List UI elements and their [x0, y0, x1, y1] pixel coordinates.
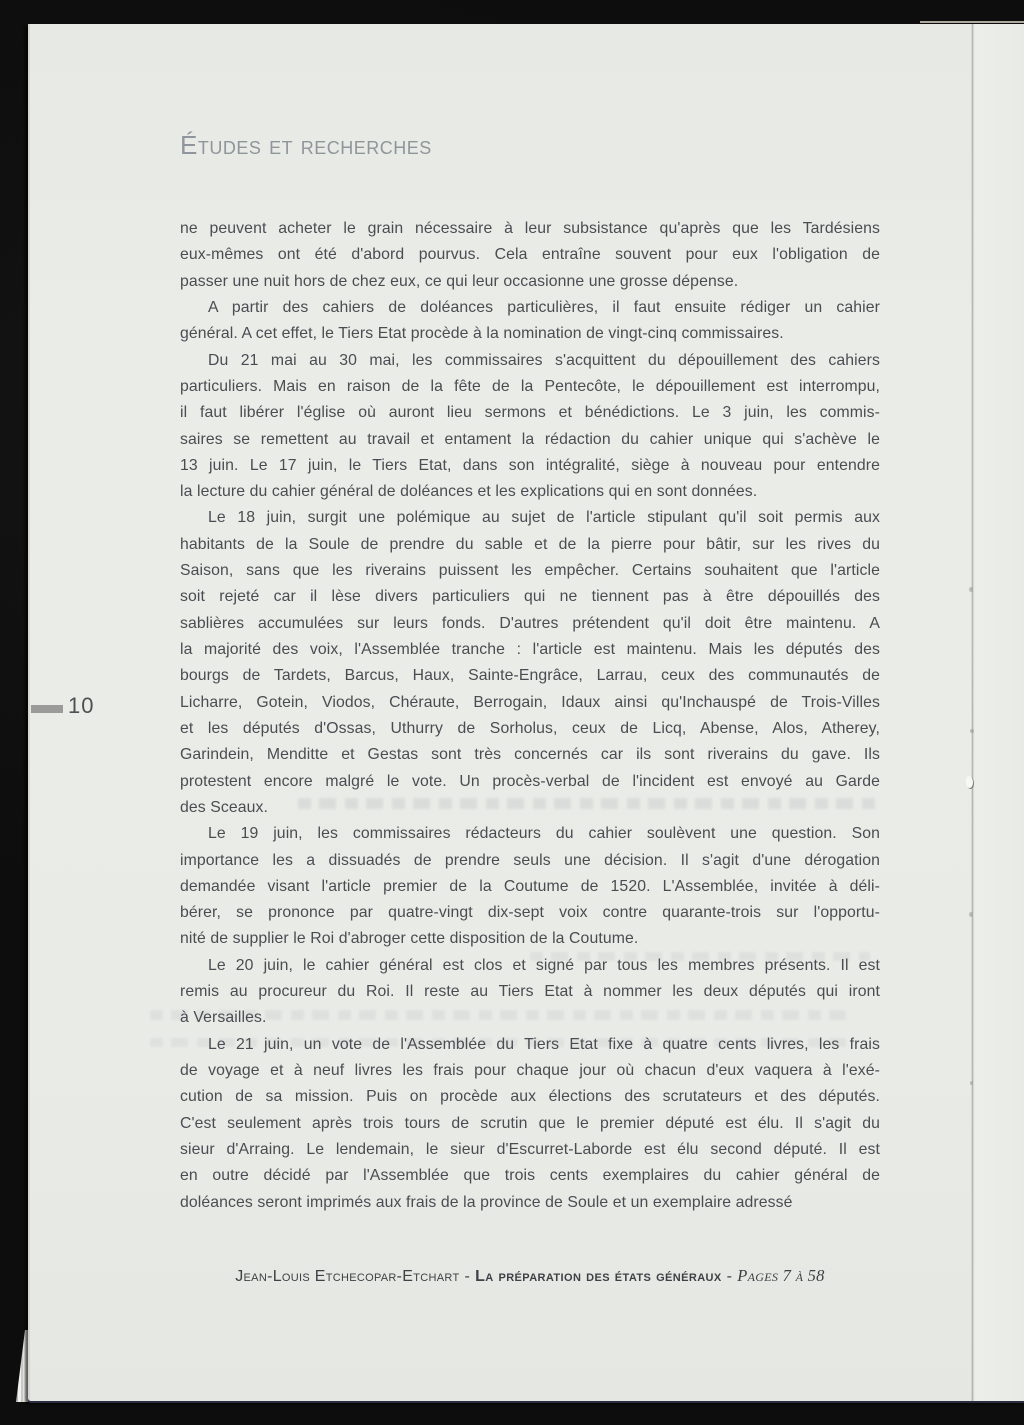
text-line: C'est seulement après trois tours de scr…: [180, 1111, 880, 1137]
text-line: A partir des cahiers de doléances partic…: [180, 295, 880, 321]
text-line: sablières accumulées sur leurs fonds. D'…: [180, 611, 880, 637]
footer-separator: -: [727, 1268, 733, 1285]
text-line: général. A cet effet, le Tiers Etat proc…: [180, 321, 880, 347]
text-line: la lecture du cahier général de doléance…: [180, 479, 880, 505]
text-line: remis au procureur du Roi. Il reste au T…: [180, 979, 880, 1005]
scanned-book-photo: Études et recherches ne peuvent acheter …: [0, 0, 1024, 1425]
footer-separator: -: [464, 1268, 470, 1285]
text-line: saires se remettent au travail et entame…: [180, 427, 880, 453]
footer-author: Jean-Louis Etchecopar-Etchart: [235, 1268, 459, 1285]
adjacent-page-area: [975, 24, 1024, 1401]
binding-speck: [970, 1081, 973, 1085]
page-number-bar: [31, 705, 63, 713]
text-line: Licharre, Gotein, Viodos, Chéraute, Berr…: [180, 690, 880, 716]
book-page: Études et recherches ne peuvent acheter …: [28, 24, 1024, 1401]
text-line: la majorité des voix, l'Assemblée tranch…: [180, 637, 880, 663]
text-line: bourgs de Tardets, Barcus, Haux, Sainte-…: [180, 663, 880, 689]
binding-speck: [969, 587, 973, 592]
text-line: des Sceaux.: [180, 795, 880, 821]
adjacent-page-top-edge: [920, 21, 1024, 23]
section-header: Études et recherches: [180, 130, 432, 161]
text-line: Le 18 juin, surgit une polémique au suje…: [180, 505, 880, 531]
text-line: passer une nuit hors de chez eux, ce qui…: [180, 269, 880, 295]
text-line: soit rejeté car il lèse divers particuli…: [180, 584, 880, 610]
text-line: eux-mêmes ont été d'abord pourvus. Cela …: [180, 242, 880, 268]
text-line: cution de sa mission. Puis on procède au…: [180, 1084, 880, 1110]
text-line: Du 21 mai au 30 mai, les commissaires s'…: [180, 348, 880, 374]
text-line: Garindein, Menditte et Gestas sont très …: [180, 742, 880, 768]
binding-speck: [970, 729, 974, 733]
text-line: bérer, se prononce par quatre-vingt dix-…: [180, 900, 880, 926]
footer-page-range: Pages 7 à 58: [737, 1266, 824, 1285]
text-line: particuliers. Mais en raison de la fête …: [180, 374, 880, 400]
text-line: nité de supplier le Roi d'abroger cette …: [180, 926, 880, 952]
paper-tear: [966, 776, 973, 788]
text-line: doléances seront imprimés aux frais de l…: [180, 1190, 880, 1216]
text-line: de voyage et à neuf livres les frais pou…: [180, 1058, 880, 1084]
text-line: 13 juin. Le 17 juin, le Tiers Etat, dans…: [180, 453, 880, 479]
text-line: Le 19 juin, les commissaires rédacteurs …: [180, 821, 880, 847]
text-line: importance les a dissuadés de prendre se…: [180, 848, 880, 874]
body-text: ne peuvent acheter le grain nécessaire à…: [180, 216, 880, 1216]
page-number: 10: [68, 693, 94, 719]
text-line: habitants de la Soule de prendre du sabl…: [180, 532, 880, 558]
text-line: et les députés d'Ossas, Uthurry de Sorho…: [180, 716, 880, 742]
text-line: Saison, sans que les riverains puissent …: [180, 558, 880, 584]
footer-article-title: La préparation des états généraux: [475, 1268, 722, 1285]
text-line: ne peuvent acheter le grain nécessaire à…: [180, 216, 880, 242]
text-line: sieur d'Arraing. Le lendemain, le sieur …: [180, 1137, 880, 1163]
text-line: Le 21 juin, un vote de l'Assemblée du Ti…: [180, 1032, 880, 1058]
text-line: à Versailles.: [180, 1005, 880, 1031]
text-line: protestent encore malgré le vote. Un pro…: [180, 769, 880, 795]
text-line: demandée visant l'article premier de la …: [180, 874, 880, 900]
text-line: il faut libérer l'église où auront lieu …: [180, 400, 880, 426]
page-crease: [971, 24, 975, 1401]
footer-credit: Jean-Louis Etchecopar-Etchart-La prépara…: [180, 1266, 880, 1286]
text-line: Le 20 juin, le cahier général est clos e…: [180, 953, 880, 979]
text-line: en outre décidé par l'Assemblée que troi…: [180, 1163, 880, 1189]
binding-speck: [969, 912, 973, 917]
